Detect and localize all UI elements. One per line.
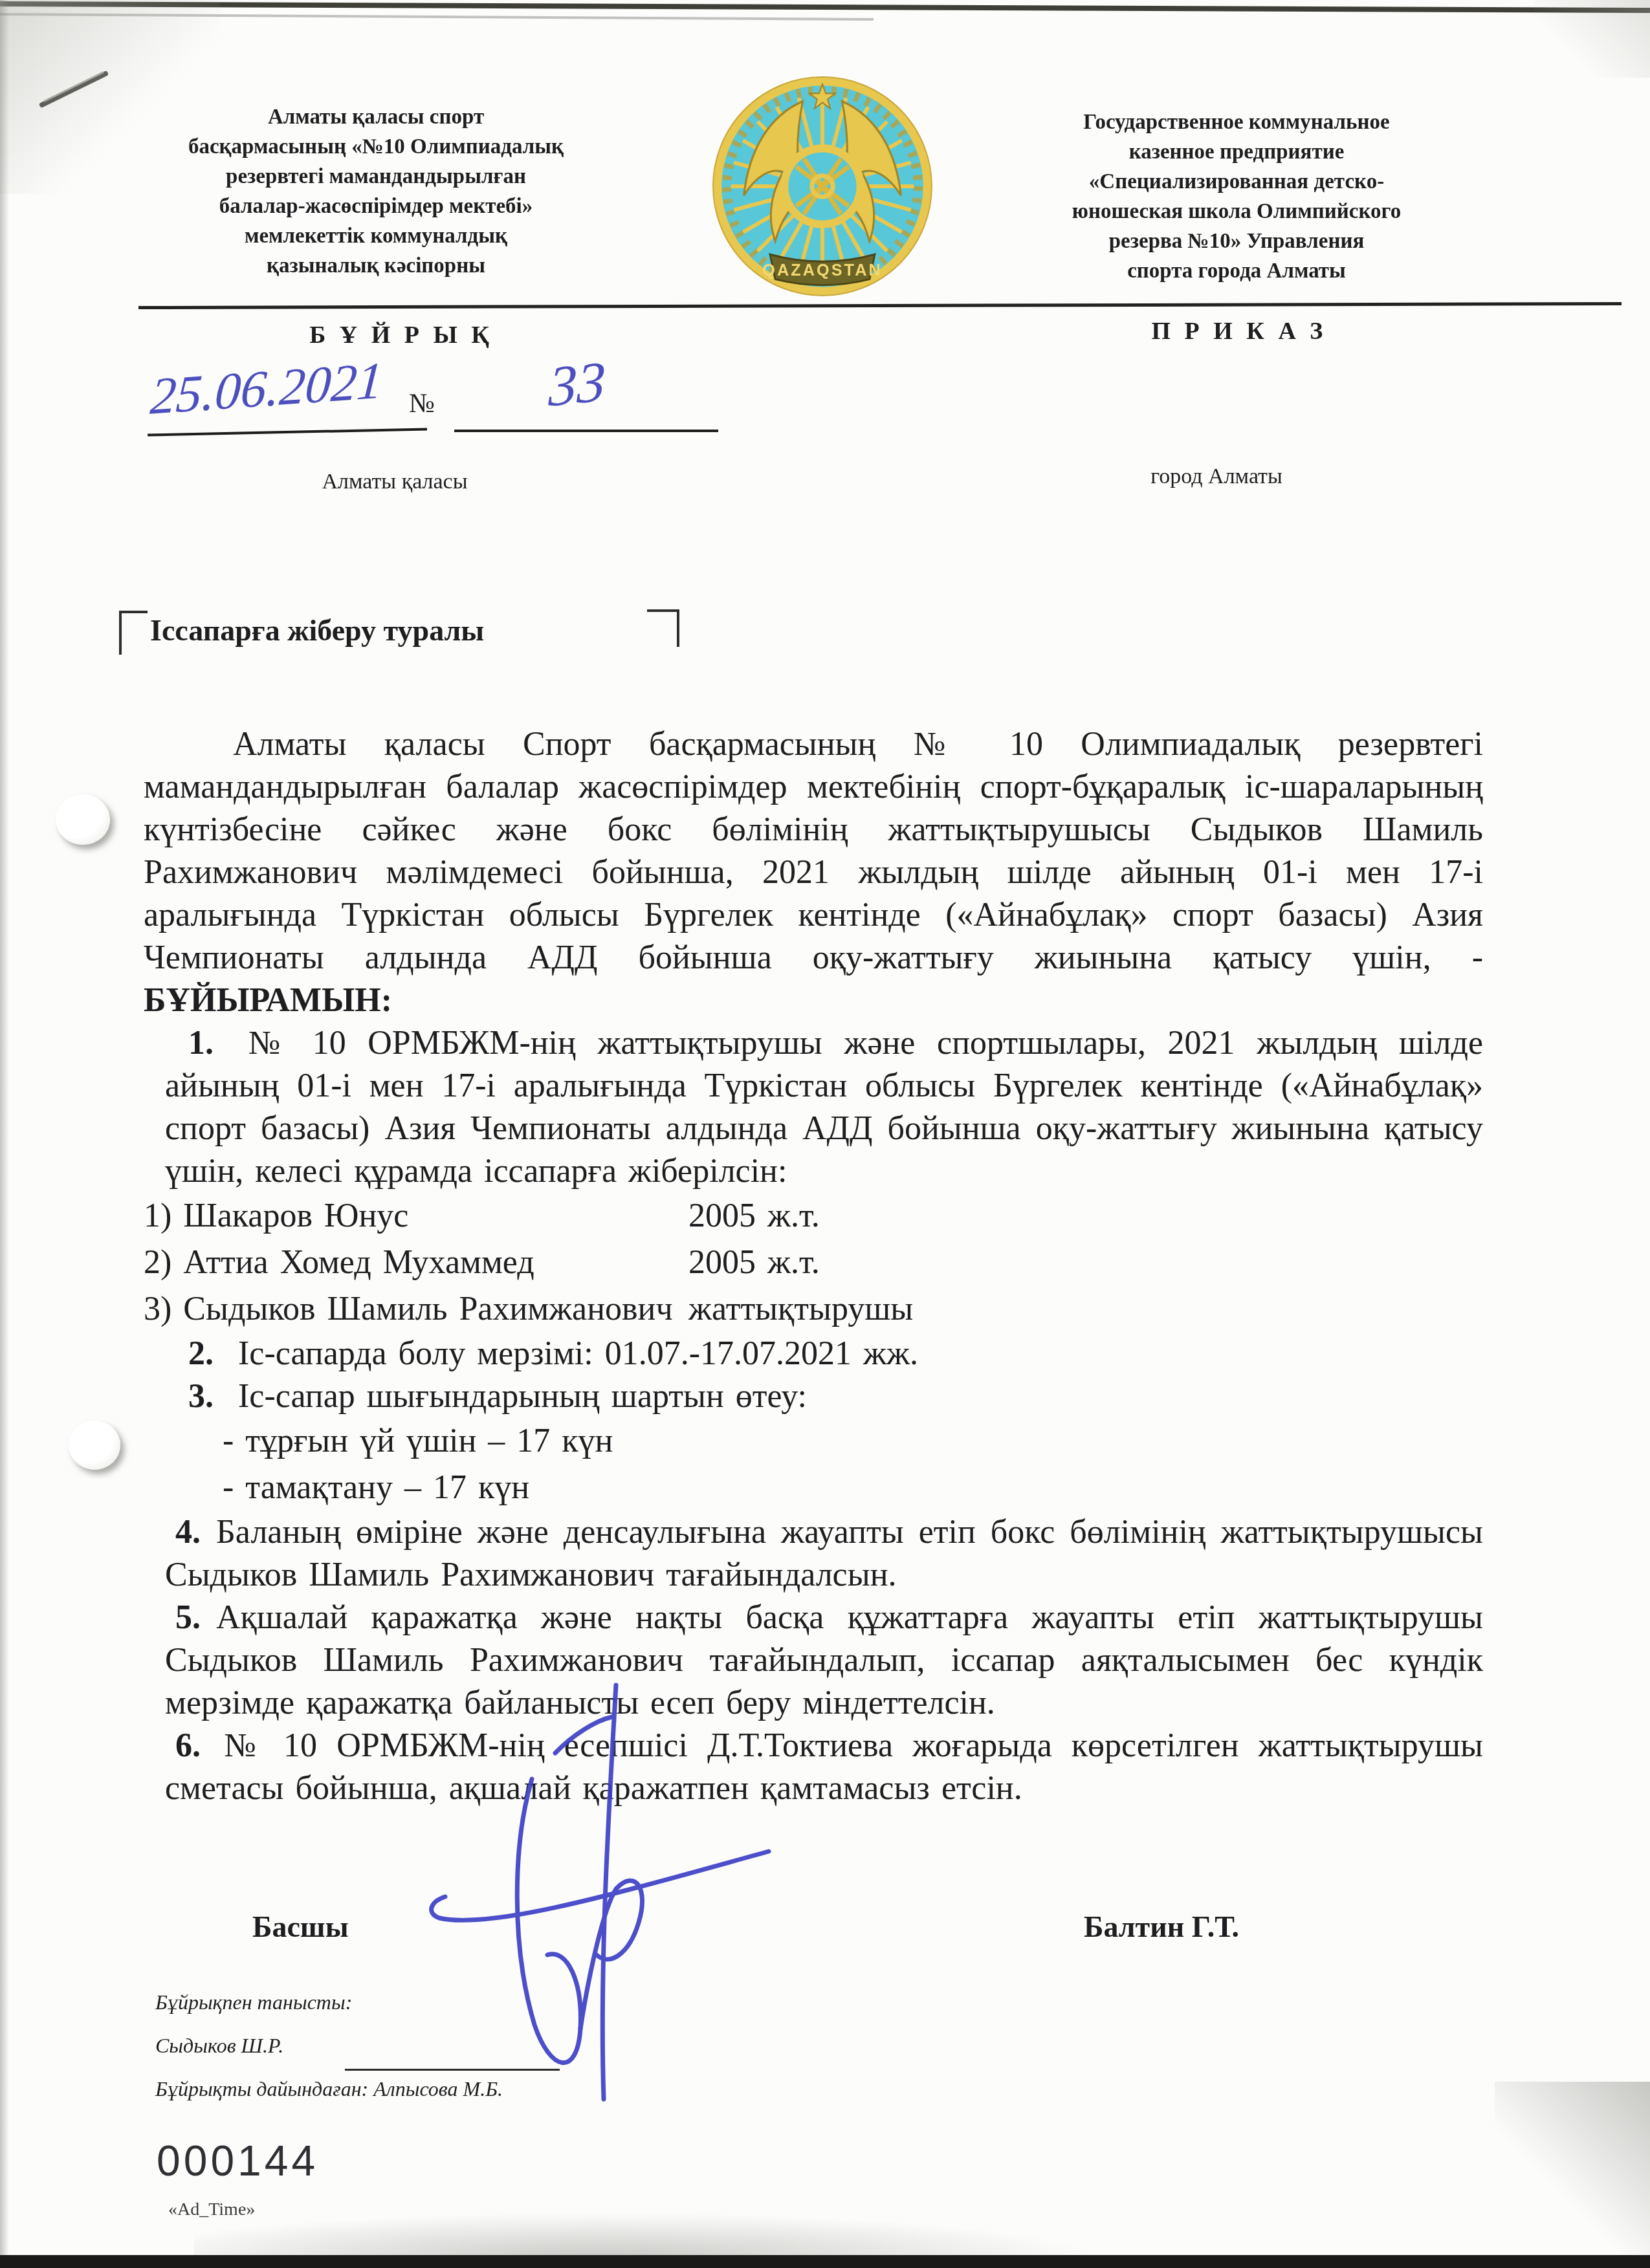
title-corner-mark-right	[647, 609, 679, 647]
intro-paragraph: Алматы қаласы Спорт басқармасының № 10 О…	[144, 723, 1483, 1022]
order-item-3: 3.Іс-сапар шығындарының шартын өтеу:	[165, 1375, 1483, 1418]
kazakhstan-emblem-icon: QAZAQSTAN	[704, 72, 941, 300]
scanned-order-page: Алматы қаласы спорт басқармасының «№10 О…	[0, 0, 1650, 2268]
roster-name: 1) Шакаров Юнус	[144, 1193, 681, 1239]
order-item-6: 6.№ 10 ОРМБЖМ-нің есепшісі Д.Т.Токтиева …	[165, 1725, 1483, 1810]
intro-text: Алматы қаласы Спорт басқармасының № 10 О…	[144, 726, 1483, 976]
acquainted-label: Бұйрықпен танысты:	[155, 1981, 503, 2024]
number-underline	[454, 430, 718, 432]
order-word-kazakh: Б Ұ Й Р Ы Қ	[272, 321, 531, 349]
emblem-caption: QAZAQSTAN	[762, 261, 882, 279]
scan-edge-bottom	[0, 2255, 1650, 2268]
header-divider	[138, 302, 1622, 309]
scan-top-edge	[0, 0, 1650, 26]
document-title: Іссапарға жіберу туралы	[150, 613, 484, 648]
punch-hole	[56, 794, 110, 845]
item-number: 3.	[188, 1378, 214, 1415]
title-corner-mark-left	[119, 611, 148, 655]
item-number: 4.	[175, 1514, 201, 1551]
handwritten-order-number: 33	[547, 349, 606, 420]
order-item-4: 4.Баланың өміріне және денсаулығына жауа…	[165, 1511, 1483, 1597]
item-text: Іс-сапар шығындарының шартын өтеу:	[238, 1378, 807, 1415]
item-text: № 10 ОРМБЖМ-нің есепшісі Д.Т.Токтиева жо…	[165, 1727, 1483, 1807]
item-number: 5.	[175, 1599, 201, 1636]
scan-corner-shadow-topright	[1534, 0, 1650, 78]
scan-smudge-bottom-right	[1495, 2082, 1650, 2263]
footer-notes: Бұйрықпен танысты: Сыдыков Ш.Р. Бұйрықты…	[155, 1981, 503, 2111]
expense-line: - тамақтану – 17 күн	[223, 1465, 1483, 1511]
acquainted-signature-line	[345, 2069, 560, 2071]
roster-name: 3) Сыдыков Шамиль Рахимжанович	[144, 1286, 681, 1333]
order-body: Алматы қаласы Спорт басқармасының № 10 О…	[144, 723, 1483, 1810]
item-number: 6.	[175, 1727, 201, 1764]
place-russian: город Алматы	[1100, 464, 1333, 489]
item-text: Ақшалай қаражатқа және нақты басқа құжат…	[165, 1599, 1483, 1721]
org-name-russian: Государственное коммунальное казенное пр…	[1009, 107, 1464, 286]
item-text: № 10 ОРМБЖМ-нің жаттықтырушы және спортш…	[165, 1025, 1483, 1190]
roster-row: 2) Аттиа Хомед Мухаммед 2005 ж.т.	[144, 1239, 1483, 1286]
roster-row: 3) Сыдыков Шамиль Рахимжанович жаттықтыр…	[144, 1286, 1483, 1333]
expense-line: - тұрғын үй үшін – 17 күн	[223, 1418, 1483, 1465]
date-underline	[148, 428, 427, 436]
handwritten-date: 25.06.2021	[148, 351, 385, 427]
signer-role: Басшы	[252, 1910, 349, 1944]
intro-bold-word: БҰЙЫРАМЫН:	[144, 982, 392, 1019]
item-text: Іс-сапарда болу мерзімі: 01.07.-17.07.20…	[238, 1335, 918, 1372]
order-word-russian: П Р И К А З	[1113, 317, 1365, 345]
roster-info: 2005 ж.т.	[681, 1239, 820, 1286]
scan-smudge-bottom	[194, 2212, 1100, 2258]
prepared-by: Бұйрықты дайындаған: Алпысова М.Б.	[155, 2067, 503, 2111]
signer-name: Балтин Г.Т.	[1084, 1910, 1239, 1944]
item-number: 2.	[188, 1335, 214, 1372]
form-serial-number: 000144	[157, 2136, 318, 2185]
acquainted-name: Сыдыков Ш.Р.	[155, 2024, 503, 2067]
order-item-1: 1.№ 10 ОРМБЖМ-нің жаттықтырушы және спор…	[165, 1022, 1483, 1193]
item-text: Баланың өміріне және денсаулығына жауапт…	[165, 1514, 1483, 1593]
org-name-kazakh: Алматы қаласы спорт басқармасының «№10 О…	[144, 102, 608, 281]
roster-row: 1) Шакаров Юнус 2005 ж.т.	[144, 1193, 1483, 1239]
roster-name: 2) Аттиа Хомед Мухаммед	[144, 1239, 681, 1286]
order-item-2: 2.Іс-сапарда болу мерзімі: 01.07.-17.07.…	[165, 1333, 1483, 1375]
order-item-5: 5.Ақшалай қаражатқа және нақты басқа құж…	[165, 1597, 1483, 1725]
punch-hole	[69, 1421, 120, 1470]
place-kazakh: Алматы қаласы	[272, 470, 518, 494]
number-sign: №	[409, 388, 435, 419]
form-footnote: «Ad_Time»	[168, 2199, 255, 2220]
item-number: 1.	[188, 1025, 214, 1062]
roster-info: 2005 ж.т.	[681, 1193, 820, 1239]
pen-scratch-mark	[36, 65, 120, 116]
scan-edge-left	[0, 0, 9, 2268]
roster-info: жаттықтырушы	[681, 1286, 913, 1333]
